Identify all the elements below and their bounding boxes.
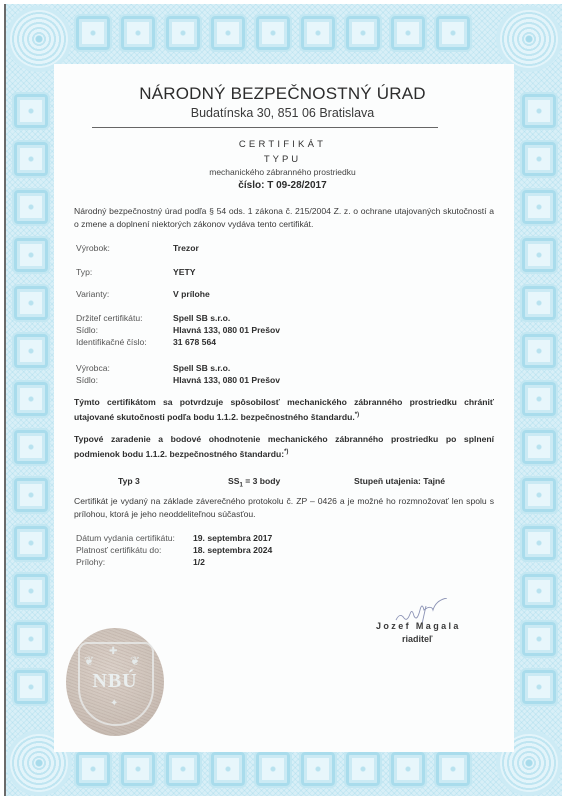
rating-classification: Stupeň utajenia: Tajné bbox=[354, 476, 445, 486]
field-label: Varianty: bbox=[76, 288, 166, 300]
certificate-title: CERTIFIKÁT bbox=[0, 139, 565, 150]
coat-of-arms-icon: ✚ bbox=[109, 646, 117, 657]
issuance-paragraph: Certifikát je vydaný na základe záverečn… bbox=[74, 495, 494, 522]
nbu-seal-icon: ❦ ❦ ✚ NBÚ ✦ bbox=[66, 628, 164, 736]
lion-left-icon: ❦ bbox=[84, 654, 94, 668]
score-prefix: SS bbox=[228, 476, 239, 486]
field-label: Výrobok: bbox=[76, 242, 166, 254]
field-label: Výrobca: bbox=[76, 362, 166, 374]
attachments-value: 1/2 bbox=[193, 556, 205, 568]
field-value: Spell SB s.r.o. bbox=[173, 312, 230, 324]
field-value: Spell SB s.r.o. bbox=[173, 362, 230, 374]
field-label: Identifikačné číslo: bbox=[76, 336, 166, 348]
field-value: Hlavná 133, 080 01 Prešov bbox=[173, 374, 280, 386]
rating-type: Typ 3 bbox=[118, 476, 140, 486]
lion-right-icon: ❦ bbox=[130, 654, 140, 668]
certificate-type-heading: TYPU bbox=[0, 154, 565, 165]
confirmation-text: Týmto certifikátom sa potvrdzuje spôsobi… bbox=[74, 397, 494, 422]
organization-title: NÁRODNÝ BEZPEČNOSTNÝ ÚRAD bbox=[0, 84, 565, 104]
footnote-mark: *) bbox=[284, 449, 288, 455]
field-label: Držiteľ certifikátu: bbox=[76, 312, 166, 324]
field-value: Hlavná 133, 080 01 Prešov bbox=[173, 324, 280, 336]
rating-score: SS1 = 3 body bbox=[228, 476, 280, 489]
certificate-subtitle: mechanického zábranného prostriedku bbox=[0, 167, 565, 177]
signatory-name: Jozef Magala bbox=[376, 621, 461, 631]
signatory-role: riaditeľ bbox=[402, 634, 432, 644]
field-label: Typ: bbox=[76, 266, 166, 278]
organization-address: Budatínska 30, 851 06 Bratislava bbox=[0, 106, 565, 120]
intro-paragraph: Národný bezpečnostný úrad podľa § 54 ods… bbox=[74, 205, 494, 232]
field-value: 31 678 564 bbox=[173, 336, 216, 348]
field-label: Sídlo: bbox=[76, 324, 166, 336]
seal-text: NBÚ bbox=[66, 670, 164, 693]
field-value: YETY bbox=[173, 266, 195, 278]
score-suffix: = 3 body bbox=[243, 476, 281, 486]
field-label: Sídlo: bbox=[76, 374, 166, 386]
header-divider bbox=[92, 127, 438, 128]
certificate-number: číslo: T 09-28/2017 bbox=[0, 180, 565, 191]
footnote-mark: *) bbox=[355, 412, 359, 418]
field-value: Trezor bbox=[173, 242, 199, 254]
seal-star-icon: ✦ bbox=[110, 698, 118, 709]
date-value: 19. septembra 2017 bbox=[193, 532, 272, 544]
confirmation-paragraph: Týmto certifikátom sa potvrdzuje spôsobi… bbox=[74, 396, 494, 425]
certificate-content: NÁRODNÝ BEZPEČNOSTNÝ ÚRAD Budatínska 30,… bbox=[0, 0, 565, 800]
field-value: V prílohe bbox=[173, 288, 210, 300]
classification-paragraph: Typové zaradenie a bodové ohodnotenie me… bbox=[74, 433, 494, 462]
date-value: 18. septembra 2024 bbox=[193, 544, 272, 556]
classification-text: Typové zaradenie a bodové ohodnotenie me… bbox=[74, 434, 494, 459]
